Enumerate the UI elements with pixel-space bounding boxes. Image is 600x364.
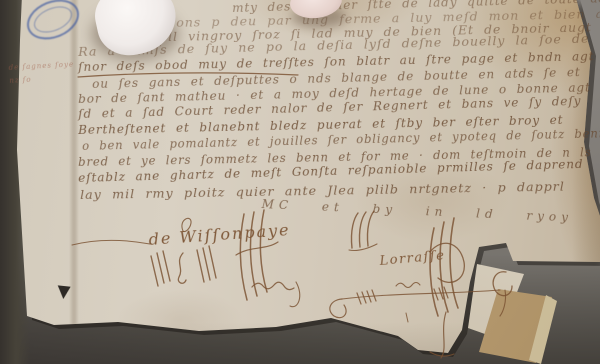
- strike-line: [78, 73, 298, 77]
- photograph-of-manuscript: de ſagnes ſoye nz ſo mty des Gaultier ſt…: [0, 0, 600, 364]
- signature-right-flourish: [330, 211, 512, 358]
- ink-flourishes: [0, 0, 600, 364]
- parchment-hole: [56, 285, 70, 299]
- signature-left-flourish: [72, 210, 300, 307]
